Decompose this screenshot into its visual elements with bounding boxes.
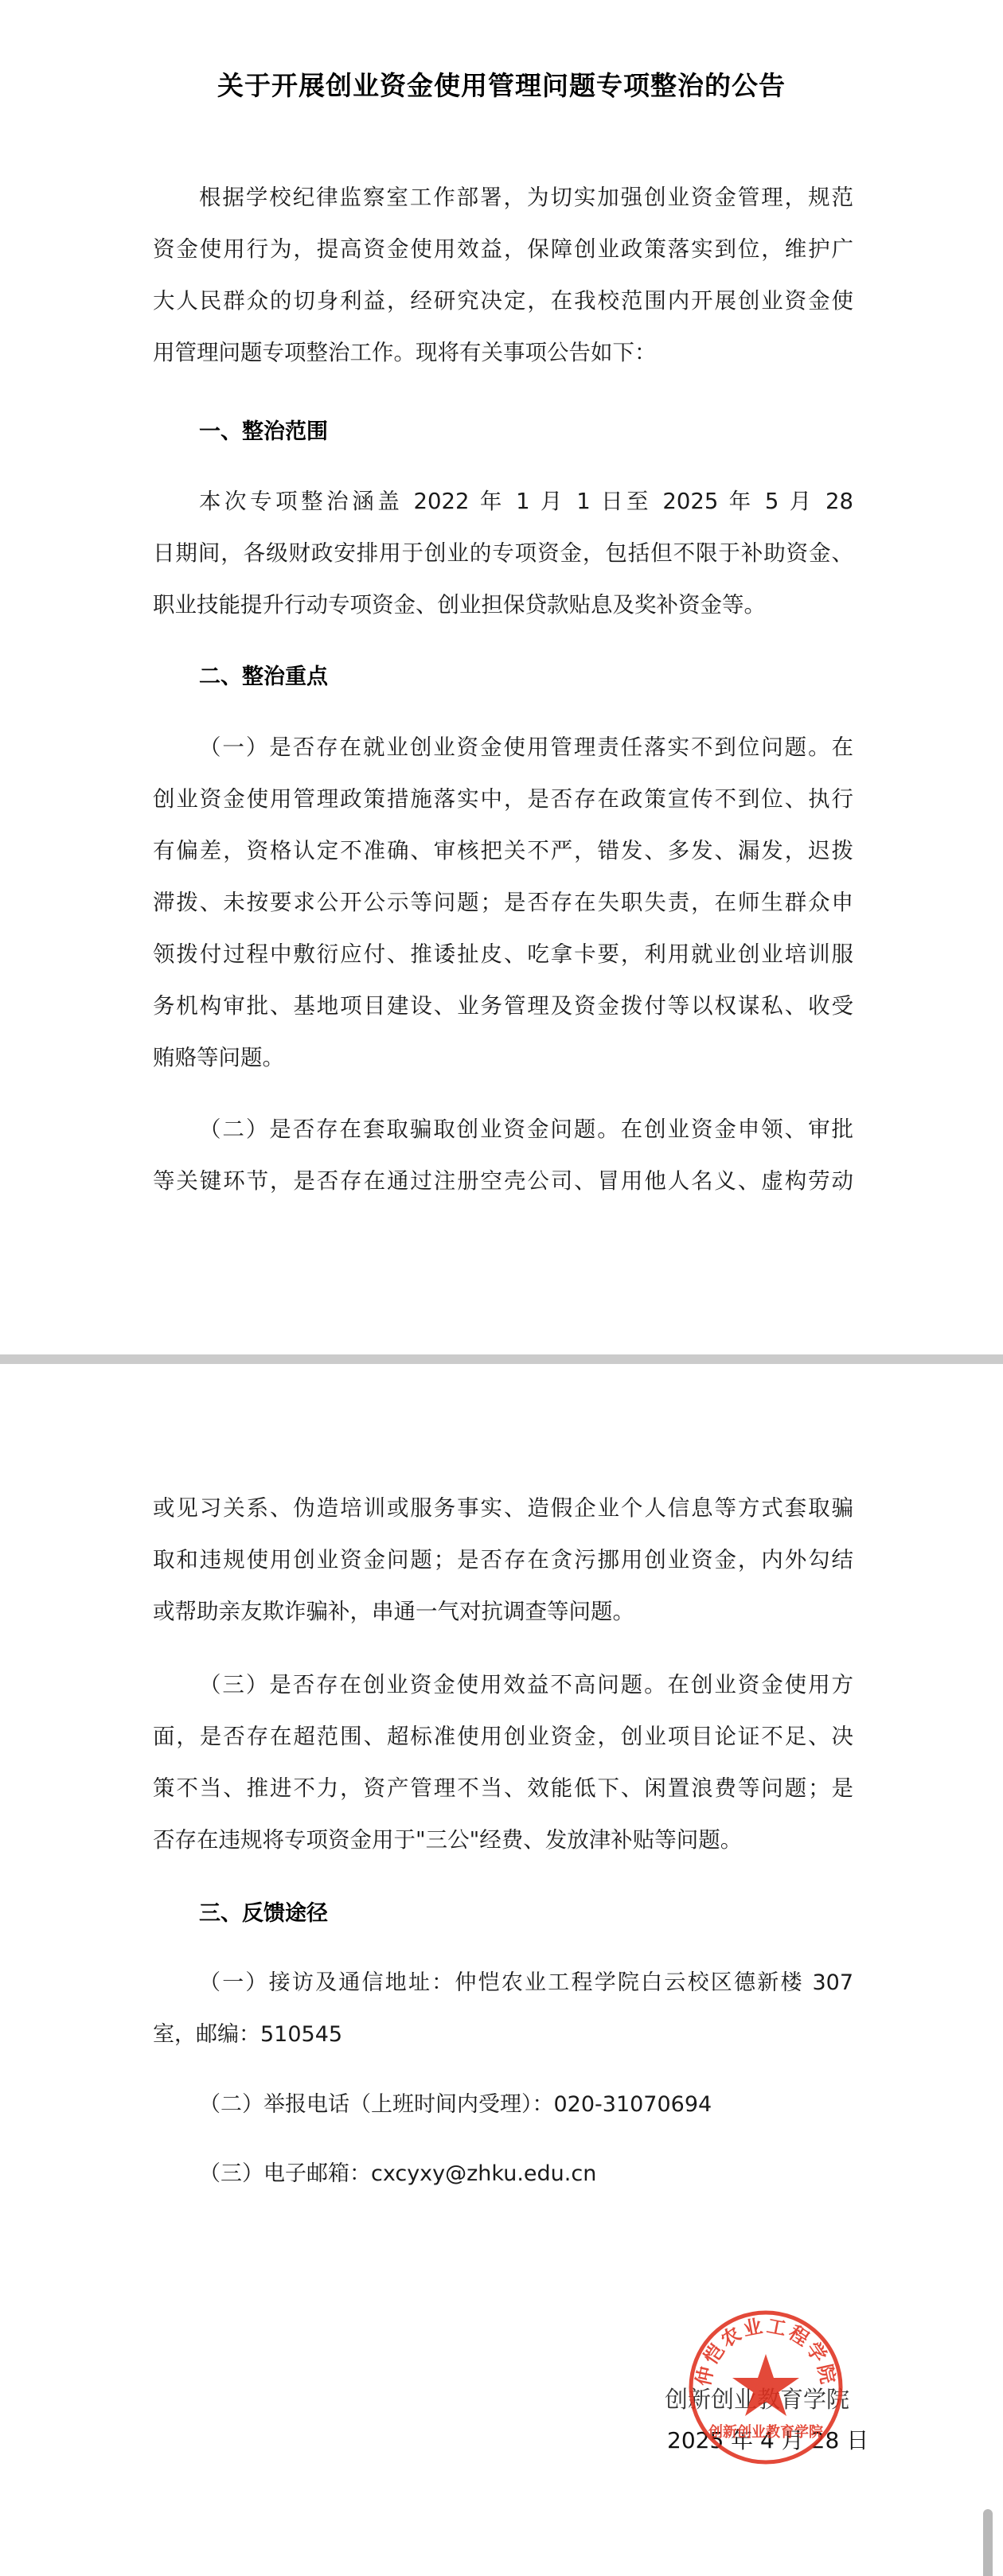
focus-item2-line: （二）是否存在套取骗取创业资金问题。在创业资金申领、审批 [199,1111,853,1143]
focus-item2-line: 等关键环节，是否存在通过注册空壳公司、冒用他人名义、虚构劳动 [153,1163,853,1194]
vertical-scrollbar[interactable] [983,2509,993,2576]
section-heading-scope: 一、整治范围 [199,414,328,445]
official-seal-icon: 仲恺农业工程学院 创新创业教育学院 [686,2308,845,2467]
intro-line: 根据学校纪律监察室工作部署，为切实加强创业资金管理，规范 [199,179,853,211]
intro-line: 用管理问题专项整治工作。现将有关事项公告如下： [153,334,853,366]
section-heading-focus: 二、整治重点 [199,659,328,690]
focus-item1-line: 贿赂等问题。 [153,1039,853,1071]
scope-line: 职业技能提升行动专项资金、创业担保贷款贴息及奖补资金等。 [153,587,853,618]
contact-phone: （二）举报电话（上班时间内受理）：020-31070694 [199,2087,712,2118]
focus-item1-line: （一）是否存在就业创业资金使用管理责任落实不到位问题。在 [199,729,853,761]
seal-inner-text: 创新创业教育学院 [708,2423,823,2441]
focus-item3-line: （三）是否存在创业资金使用效益不高问题。在创业资金使用方 [199,1666,853,1698]
focus-item2-line: 或见习关系、伪造培训或服务事实、造假企业个人信息等方式套取骗 [153,1490,853,1522]
intro-line: 资金使用行为，提高资金使用效益，保障创业政策落实到位，维护广 [153,231,853,263]
page-separator [0,1354,1003,1364]
scope-line: 本次专项整治涵盖 2022 年 1 月 1 日至 2025 年 5 月 28 [199,483,853,515]
star-icon [732,2354,799,2416]
document-title: 关于开展创业资金使用管理问题专项整治的公告 [0,65,1003,103]
focus-item1-line: 有偏差，资格认定不准确、审核把关不严，错发、多发、漏发，迟拨 [153,832,853,864]
intro-line: 大人民群众的切身利益，经研究决定，在我校范围内开展创业资金使 [153,283,853,314]
focus-item2-line: 取和违规使用创业资金问题；是否存在贪污挪用创业资金，内外勾结 [153,1541,853,1573]
focus-item1-line: 务机构审批、基地项目建设、业务管理及资金拨付等以权谋私、收受 [153,988,853,1019]
focus-item1-line: 领拨付过程中敷衍应付、推诿扯皮、吃拿卡要，利用就业创业培训服 [153,936,853,968]
section-heading-feedback: 三、反馈途径 [199,1896,328,1927]
focus-item2-line: 或帮助亲友欺诈骗补，串通一气对抗调查等问题。 [153,1593,853,1625]
focus-item1-line: 创业资金使用管理政策措施落实中，是否存在政策宣传不到位、执行 [153,781,853,813]
focus-item3-line: 否存在违规将专项资金用于"三公"经费、发放津补贴等问题。 [153,1822,853,1853]
focus-item3-line: 面，是否存在超范围、超标准使用创业资金，创业项目论证不足、决 [153,1718,853,1750]
contact-email: （三）电子邮箱：cxcyxy@zhku.edu.cn [199,2156,596,2187]
scope-line: 日期间，各级财政安排用于创业的专项资金，包括但不限于补助资金、 [153,535,853,567]
contact-address: （一）接访及通信地址：仲恺农业工程学院白云校区德新楼 307 [199,1965,853,1996]
contact-postcode: 室，邮编：510545 [153,2017,342,2048]
focus-item3-line: 策不当、推进不力，资产管理不当、效能低下、闲置浪费等问题；是 [153,1770,853,1802]
focus-item1-line: 滞拨、未按要求公开公示等问题；是否存在失职失责，在师生群众申 [153,884,853,916]
